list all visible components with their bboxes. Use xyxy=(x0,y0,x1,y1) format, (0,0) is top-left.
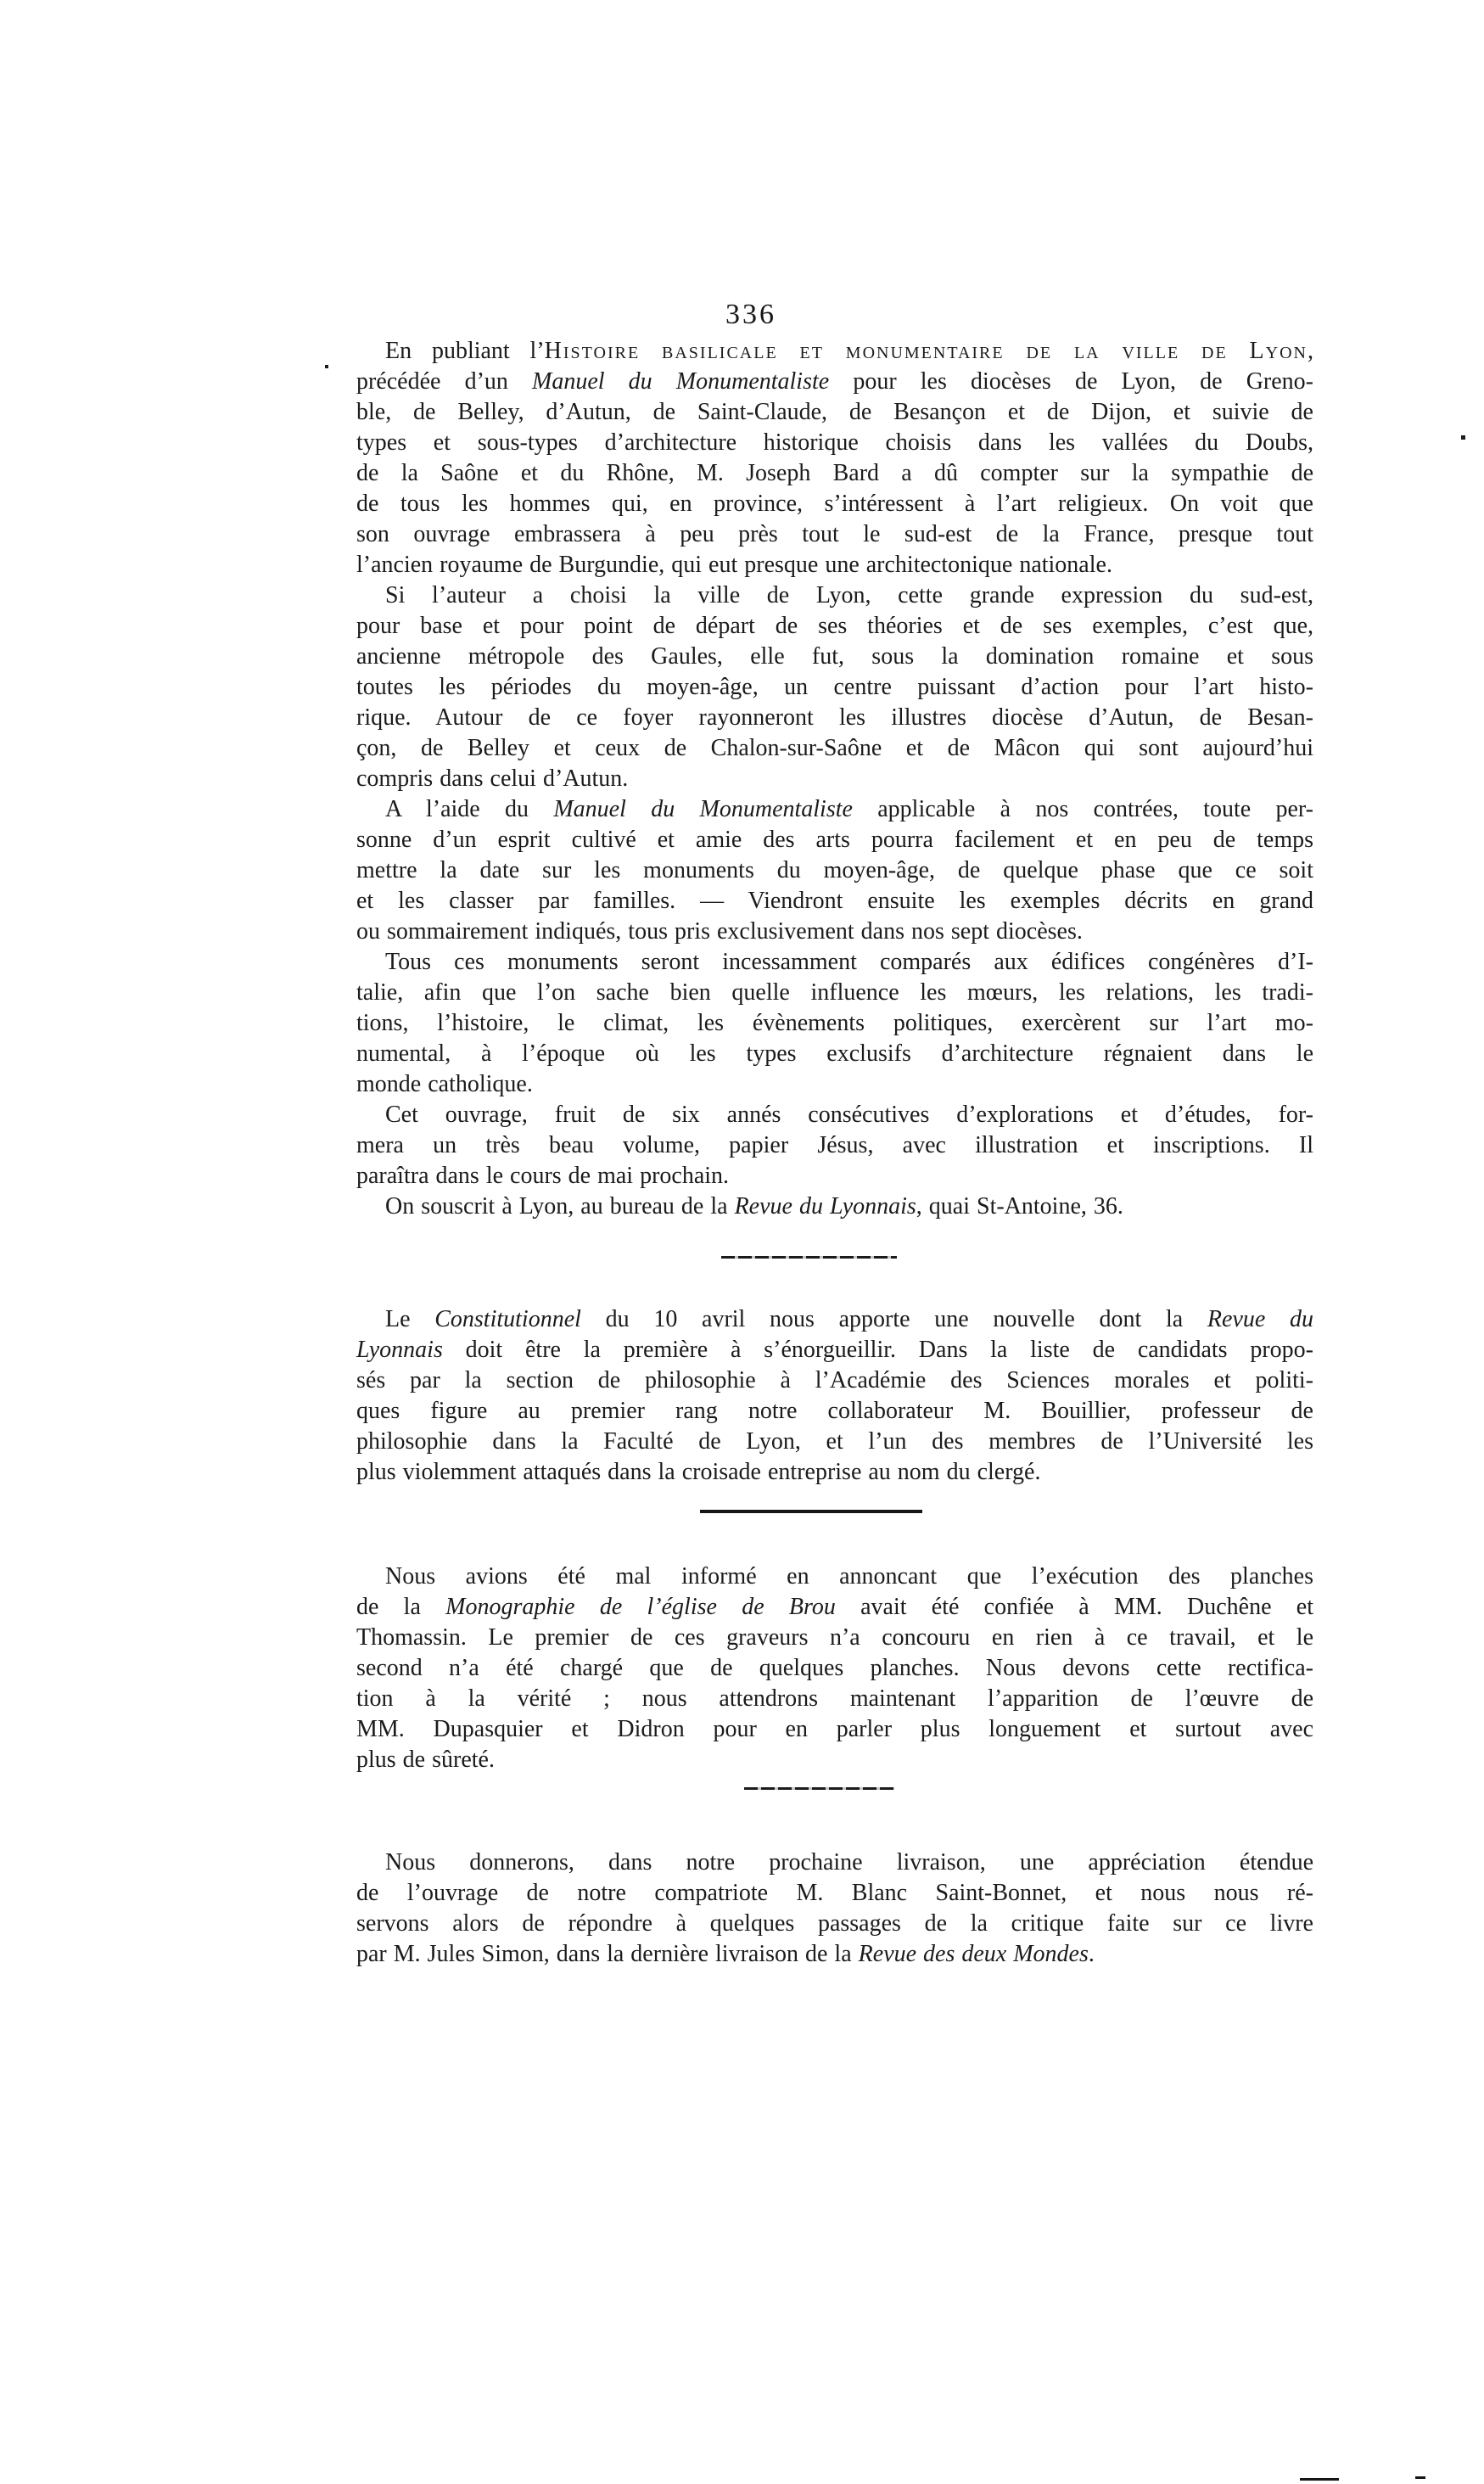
scan-speck xyxy=(325,365,328,368)
paragraph: Nous donnerons, dans notre prochaine liv… xyxy=(356,1848,1313,1970)
text-run: applicable à nos contrées, toute per- xyxy=(853,796,1313,822)
text-line: sonne d’un esprit cultivé et amie des ar… xyxy=(356,825,1313,855)
paragraph: A l’aide du Manuel du Monumentaliste app… xyxy=(356,794,1313,947)
section-separator xyxy=(700,1510,922,1513)
text-line: mera un très beau volume, papier Jésus, … xyxy=(356,1130,1313,1161)
text-run: pour les diocèses de Lyon, de Greno- xyxy=(829,368,1313,395)
text-run: et les classer par familles. — Viendront… xyxy=(356,888,1313,914)
text-line: Tous ces monuments seront incessamment c… xyxy=(356,947,1313,978)
text-line: types et sous-types d’architecture histo… xyxy=(356,428,1313,458)
scanned-book-page: 336 En publiant l’Histoire basilicale et… xyxy=(0,0,1484,2484)
text-run: son ouvrage embrassera à peu près tout l… xyxy=(356,521,1313,547)
text-line: mettre la date sur les monuments du moye… xyxy=(356,855,1313,886)
text-run: l’ancien royaume de Burgundie, qui eut p… xyxy=(356,552,1112,578)
text-line: talie, afin que l’on sache bien quelle i… xyxy=(356,978,1313,1008)
text-line: par M. Jules Simon, dans la dernière liv… xyxy=(356,1939,1313,1970)
text-line: On souscrit à Lyon, au bureau de la Revu… xyxy=(356,1192,1313,1222)
italic-work-title: Manuel du Monumentaliste xyxy=(532,368,829,395)
text-line: et les classer par familles. — Viendront… xyxy=(356,886,1313,917)
text-run: numental, à l’époque où les types exclus… xyxy=(356,1040,1313,1067)
text-run: rique. Autour de ce foyer rayonneront le… xyxy=(356,704,1313,731)
text-line: Cet ouvrage, fruit de six annés consécut… xyxy=(356,1100,1313,1130)
text-line: paraîtra dans le cours de mai prochain. xyxy=(356,1161,1313,1192)
text-run: sés par la section de philosophie à l’Ac… xyxy=(356,1367,1313,1393)
text-run: ou sommairement indiqués, tous pris excl… xyxy=(356,918,1083,945)
text-line: Nous donnerons, dans notre prochaine liv… xyxy=(356,1848,1313,1878)
text-line: plus violemment attaqués dans la croisad… xyxy=(356,1457,1313,1488)
text-run: çon, de Belley et ceux de Chalon-sur-Saô… xyxy=(356,735,1313,761)
text-line: rique. Autour de ce foyer rayonneront le… xyxy=(356,703,1313,733)
text-run: Thomassin. Le premier de ces graveurs n’… xyxy=(356,1624,1313,1651)
italic-work-title: Lyonnais xyxy=(356,1337,443,1363)
section-separator xyxy=(721,1256,897,1259)
text-line: de tous les hommes qui, en province, s’i… xyxy=(356,489,1313,519)
paragraph: Tous ces monuments seront incessamment c… xyxy=(356,947,1313,1100)
text-line: précédée d’un Manuel du Monumentaliste p… xyxy=(356,367,1313,397)
text-run: tion à la vérité ; nous attendrons maint… xyxy=(356,1685,1313,1712)
text-run: talie, afin que l’on sache bien quelle i… xyxy=(356,979,1313,1006)
text-run: , xyxy=(1308,338,1313,364)
text-run: types et sous-types d’architecture histo… xyxy=(356,429,1313,456)
italic-work-title: Monographie de l’église de Brou xyxy=(445,1594,836,1620)
italic-work-title: Revue des deux Mondes xyxy=(859,1941,1089,1967)
text-run: plus violemment attaqués dans la croisad… xyxy=(356,1459,1040,1485)
text-run: tions, l’histoire, le climat, les évènem… xyxy=(356,1010,1313,1036)
paragraph: Le Constitutionnel du 10 avril nous appo… xyxy=(356,1304,1313,1488)
text-line: tions, l’histoire, le climat, les évènem… xyxy=(356,1008,1313,1039)
text-run: compris dans celui d’Autun. xyxy=(356,765,628,792)
page-number: 336 xyxy=(696,299,806,331)
paragraph: Cet ouvrage, fruit de six annés consécut… xyxy=(356,1100,1313,1192)
text-run: mettre la date sur les monuments du moye… xyxy=(356,857,1313,883)
text-run: servons alors de répondre à quelques pas… xyxy=(356,1910,1313,1937)
text-run: doit être la première à s’énorgueillir. … xyxy=(443,1337,1313,1363)
text-run: A l’aide du xyxy=(385,796,553,822)
text-line: Thomassin. Le premier de ces graveurs n’… xyxy=(356,1623,1313,1653)
text-line: numental, à l’époque où les types exclus… xyxy=(356,1039,1313,1069)
text-line: ou sommairement indiqués, tous pris excl… xyxy=(356,917,1313,947)
text-run: par M. Jules Simon, dans la dernière liv… xyxy=(356,1941,859,1967)
text-line: Si l’auteur a choisi la ville de Lyon, c… xyxy=(356,580,1313,611)
italic-work-title: Revue du xyxy=(1207,1306,1313,1332)
italic-work-title: Manuel du Monumentaliste xyxy=(553,796,853,822)
text-run: sonne d’un esprit cultivé et amie des ar… xyxy=(356,827,1313,853)
text-run: Nous avions été mal informé en annoncant… xyxy=(385,1563,1313,1590)
text-line: Le Constitutionnel du 10 avril nous appo… xyxy=(356,1304,1313,1335)
text-run: , quai St-Antoine, 36. xyxy=(916,1193,1123,1220)
paragraph: On souscrit à Lyon, au bureau de la Revu… xyxy=(356,1192,1313,1222)
text-run: du 10 avril nous apporte une nouvelle do… xyxy=(581,1306,1207,1332)
text-line: En publiant l’Histoire basilicale et mon… xyxy=(356,336,1313,367)
text-run: MM. Dupasquier et Didron pour en parler … xyxy=(356,1716,1313,1742)
section-separator xyxy=(744,1787,894,1790)
paragraph: Nous avions été mal informé en annoncant… xyxy=(356,1562,1313,1775)
text-line: tion à la vérité ; nous attendrons maint… xyxy=(356,1684,1313,1714)
text-run: précédée d’un xyxy=(356,368,532,395)
text-run: ancienne métropole des Gaules, elle fut,… xyxy=(356,643,1313,670)
text-line: A l’aide du Manuel du Monumentaliste app… xyxy=(356,794,1313,825)
small-caps-work-title: Histoire basilicale et monumentaire de l… xyxy=(545,338,1308,364)
text-line: Nous avions été mal informé en annoncant… xyxy=(356,1562,1313,1592)
text-run: avait été confiée à MM. Duchêne et xyxy=(836,1594,1313,1620)
text-run: de tous les hommes qui, en province, s’i… xyxy=(356,491,1313,517)
text-run: Nous donnerons, dans notre prochaine liv… xyxy=(385,1849,1313,1876)
text-line: servons alors de répondre à quelques pas… xyxy=(356,1909,1313,1939)
text-line: de la Saône et du Rhône, M. Joseph Bard … xyxy=(356,458,1313,489)
text-line: de l’ouvrage de notre compatriote M. Bla… xyxy=(356,1878,1313,1909)
paragraph: Si l’auteur a choisi la ville de Lyon, c… xyxy=(356,580,1313,794)
text-line: Lyonnais doit être la première à s’énorg… xyxy=(356,1335,1313,1365)
scan-speck xyxy=(1461,435,1465,440)
scan-artifact-mark xyxy=(1415,2476,1425,2479)
text-line: MM. Dupasquier et Didron pour en parler … xyxy=(356,1714,1313,1745)
text-run: Le xyxy=(385,1306,434,1332)
text-line: son ouvrage embrassera à peu près tout l… xyxy=(356,519,1313,550)
text-run: monde catholique. xyxy=(356,1071,533,1097)
text-run: ble, de Belley, d’Autun, de Saint-Claude… xyxy=(356,399,1313,425)
text-run: de la Saône et du Rhône, M. Joseph Bard … xyxy=(356,460,1313,486)
text-run: philosophie dans la Faculté de Lyon, et … xyxy=(356,1428,1313,1455)
text-run: Si l’auteur a choisi la ville de Lyon, c… xyxy=(385,582,1313,608)
italic-work-title: Constitutionnel xyxy=(434,1306,581,1332)
text-line: second n’a été chargé que de quelques pl… xyxy=(356,1653,1313,1684)
text-line: compris dans celui d’Autun. xyxy=(356,764,1313,794)
text-run: pour base et pour point de départ de ses… xyxy=(356,613,1313,639)
text-run: de la xyxy=(356,1594,445,1620)
text-line: philosophie dans la Faculté de Lyon, et … xyxy=(356,1427,1313,1457)
text-run: Tous ces monuments seront incessamment c… xyxy=(385,949,1313,975)
text-line: toutes les périodes du moyen-âge, un cen… xyxy=(356,672,1313,703)
text-line: pour base et pour point de départ de ses… xyxy=(356,611,1313,642)
text-run: second n’a été chargé que de quelques pl… xyxy=(356,1655,1313,1681)
text-run: Cet ouvrage, fruit de six annés consécut… xyxy=(385,1102,1313,1128)
text-run: En publiant l’ xyxy=(385,338,545,364)
text-run: toutes les périodes du moyen-âge, un cen… xyxy=(356,674,1313,700)
text-run: On souscrit à Lyon, au bureau de la xyxy=(385,1193,735,1220)
text-line: l’ancien royaume de Burgundie, qui eut p… xyxy=(356,550,1313,580)
text-line: ques figure au premier rang notre collab… xyxy=(356,1396,1313,1427)
text-run: de l’ouvrage de notre compatriote M. Bla… xyxy=(356,1880,1313,1906)
text-run: . xyxy=(1089,1941,1095,1967)
text-run: mera un très beau volume, papier Jésus, … xyxy=(356,1132,1313,1158)
text-run: paraîtra dans le cours de mai prochain. xyxy=(356,1163,729,1189)
paragraph: En publiant l’Histoire basilicale et mon… xyxy=(356,336,1313,580)
text-line: plus de sûreté. xyxy=(356,1745,1313,1775)
scan-artifact-mark xyxy=(1300,2478,1339,2481)
text-run: plus de sûreté. xyxy=(356,1747,495,1773)
text-run: ques figure au premier rang notre collab… xyxy=(356,1398,1313,1424)
text-line: sés par la section de philosophie à l’Ac… xyxy=(356,1365,1313,1396)
text-line: ble, de Belley, d’Autun, de Saint-Claude… xyxy=(356,397,1313,428)
text-block: En publiant l’Histoire basilicale et mon… xyxy=(356,336,1313,1970)
text-line: ancienne métropole des Gaules, elle fut,… xyxy=(356,642,1313,672)
text-line: de la Monographie de l’église de Brou av… xyxy=(356,1592,1313,1623)
text-line: çon, de Belley et ceux de Chalon-sur-Saô… xyxy=(356,733,1313,764)
text-line: monde catholique. xyxy=(356,1069,1313,1100)
italic-work-title: Revue du Lyonnais xyxy=(735,1193,916,1220)
